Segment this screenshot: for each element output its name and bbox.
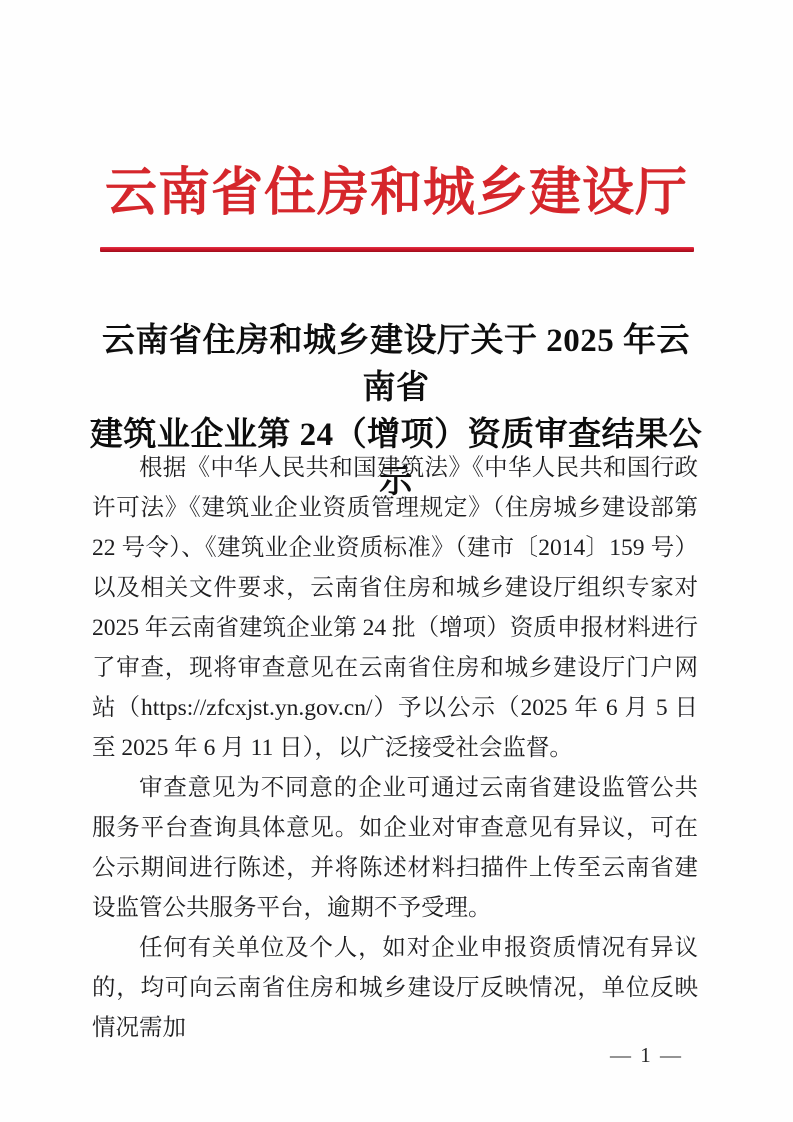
body-paragraph: 任何有关单位及个人，如对企业申报资质情况有异议的，均可向云南省住房和城乡建设厅反… (92, 928, 698, 1048)
letterhead-divider (100, 247, 694, 252)
document-body: 根据《中华人民共和国建筑法》《中华人民共和国行政许可法》《建筑业企业资质管理规定… (92, 448, 698, 1048)
letterhead-title: 云南省住房和城乡建设厅 (0, 150, 793, 225)
document-page: 云南省住房和城乡建设厅 云南省住房和城乡建设厅关于 2025 年云南省 建筑业企… (0, 0, 793, 1122)
document-title-line1: 云南省住房和城乡建设厅关于 2025 年云南省 (86, 318, 706, 412)
body-paragraph: 根据《中华人民共和国建筑法》《中华人民共和国行政许可法》《建筑业企业资质管理规定… (92, 448, 698, 768)
body-paragraph: 审查意见为不同意的企业可通过云南省建设监管公共服务平台查询具体意见。如企业对审查… (92, 768, 698, 928)
page-number: — 1 — (610, 1043, 683, 1068)
